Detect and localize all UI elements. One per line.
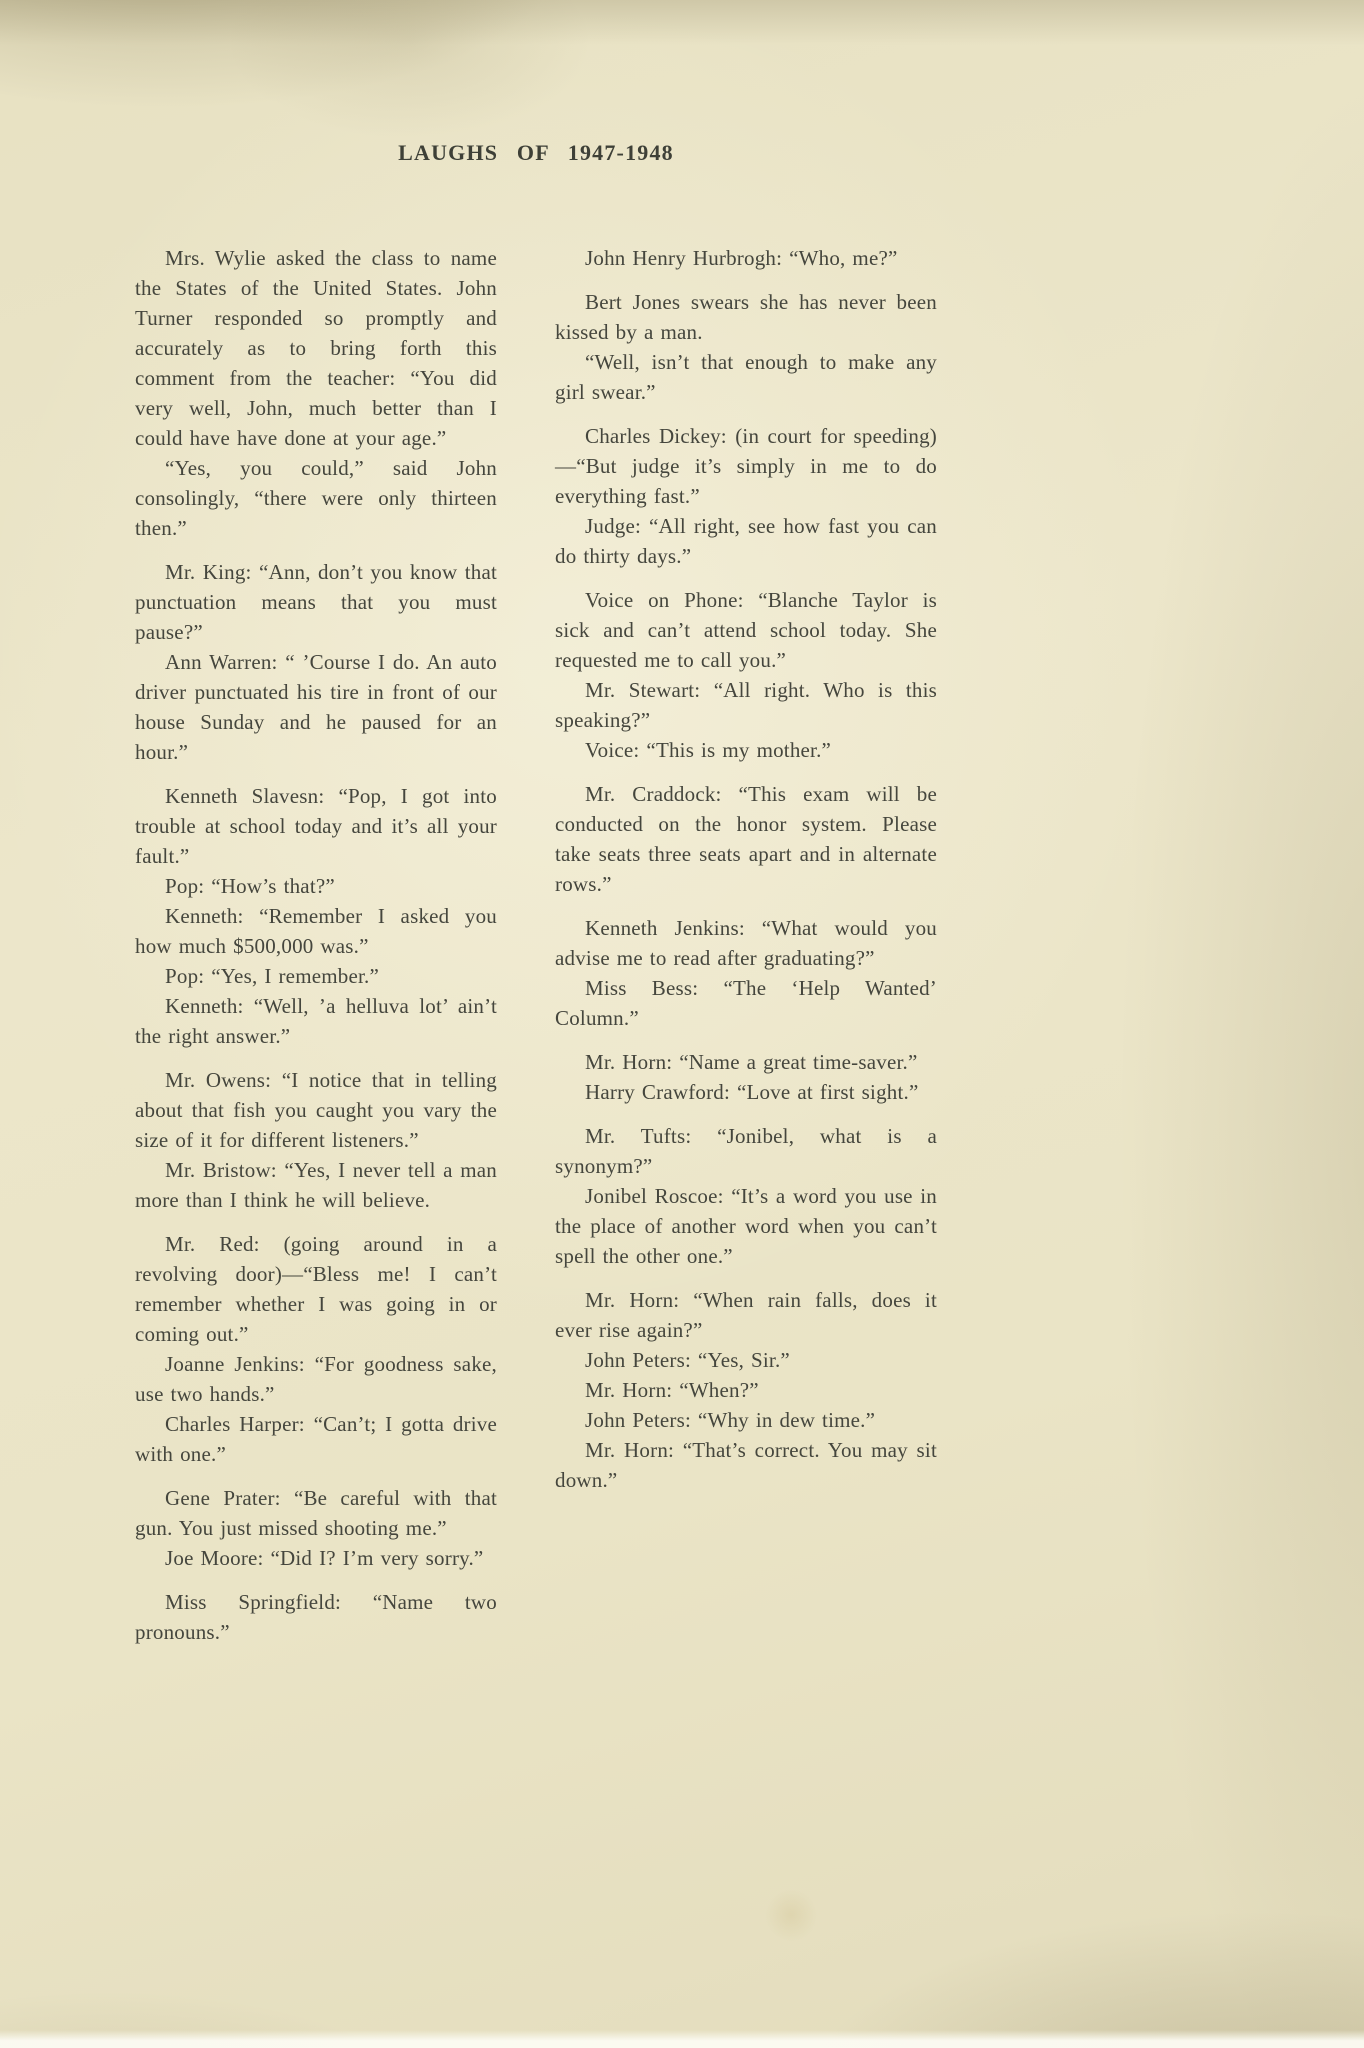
joke-paragraph: Pop: “How’s that?” bbox=[135, 871, 497, 901]
joke-paragraph: Kenneth Slavesn: “Pop, I got into troubl… bbox=[135, 781, 497, 871]
joke-group: Mrs. Wylie asked the class to name the S… bbox=[135, 243, 497, 543]
joke-paragraph: Mr. Stewart: “All right. Who is this spe… bbox=[555, 675, 937, 735]
left-column: Mrs. Wylie asked the class to name the S… bbox=[135, 243, 497, 1661]
joke-paragraph: Miss Springfield: “Name two pronouns.” bbox=[135, 1587, 497, 1647]
joke-group: Mr. Tufts: “Jonibel, what is a synonym?”… bbox=[555, 1121, 937, 1271]
joke-paragraph: Mr. Red: (going around in a revolving do… bbox=[135, 1229, 497, 1349]
joke-group: Charles Dickey: (in court for speeding)—… bbox=[555, 421, 937, 571]
joke-paragraph: Mr. Horn: “When rain falls, does it ever… bbox=[555, 1285, 937, 1345]
joke-paragraph: Pop: “Yes, I remember.” bbox=[135, 961, 497, 991]
joke-group: Voice on Phone: “Blanche Taylor is sick … bbox=[555, 585, 937, 765]
joke-paragraph: Voice: “This is my mother.” bbox=[555, 735, 937, 765]
joke-paragraph: Joanne Jenkins: “For goodness sake, use … bbox=[135, 1349, 497, 1409]
joke-group: Mr. Craddock: “This exam will be conduct… bbox=[555, 779, 937, 899]
joke-group: Mr. Horn: “Name a great time-saver.”Harr… bbox=[555, 1047, 937, 1107]
right-column: John Henry Hurbrogh: “Who, me?”Bert Jone… bbox=[555, 243, 937, 1661]
joke-paragraph: Charles Dickey: (in court for speeding)—… bbox=[555, 421, 937, 511]
joke-group: Miss Springfield: “Name two pronouns.” bbox=[135, 1587, 497, 1647]
joke-paragraph: Kenneth: “Well, ’a helluva lot’ ain’t th… bbox=[135, 991, 497, 1051]
joke-paragraph: Gene Prater: “Be careful with that gun. … bbox=[135, 1483, 497, 1543]
scanned-page: LAUGHS OF 1947-1948 Mrs. Wylie asked the… bbox=[0, 0, 1364, 2048]
joke-paragraph: Jonibel Roscoe: “It’s a word you use in … bbox=[555, 1181, 937, 1271]
joke-paragraph: John Peters: “Yes, Sir.” bbox=[555, 1345, 937, 1375]
joke-group: John Henry Hurbrogh: “Who, me?” bbox=[555, 243, 937, 273]
joke-paragraph: Mr. Tufts: “Jonibel, what is a synonym?” bbox=[555, 1121, 937, 1181]
joke-group: Mr. Red: (going around in a revolving do… bbox=[135, 1229, 497, 1469]
joke-paragraph: John Henry Hurbrogh: “Who, me?” bbox=[555, 243, 937, 273]
joke-paragraph: Miss Bess: “The ‘Help Wanted’ Column.” bbox=[555, 973, 937, 1033]
joke-group: Gene Prater: “Be careful with that gun. … bbox=[135, 1483, 497, 1573]
joke-paragraph: Charles Harper: “Can’t; I gotta drive wi… bbox=[135, 1409, 497, 1469]
joke-paragraph: Mr. Horn: “Name a great time-saver.” bbox=[555, 1047, 937, 1077]
joke-group: Kenneth Slavesn: “Pop, I got into troubl… bbox=[135, 781, 497, 1051]
joke-paragraph: Harry Crawford: “Love at first sight.” bbox=[555, 1077, 937, 1107]
joke-paragraph: “Well, isn’t that enough to make any gir… bbox=[555, 347, 937, 407]
joke-paragraph: Mr. Bristow: “Yes, I never tell a man mo… bbox=[135, 1155, 497, 1215]
joke-paragraph: Kenneth Jenkins: “What would you advise … bbox=[555, 913, 937, 973]
joke-paragraph: Joe Moore: “Did I? I’m very sorry.” bbox=[135, 1543, 497, 1573]
joke-paragraph: John Peters: “Why in dew time.” bbox=[555, 1405, 937, 1435]
text-block: Mrs. Wylie asked the class to name the S… bbox=[135, 243, 937, 1661]
page-title: LAUGHS OF 1947-1948 bbox=[135, 140, 937, 166]
joke-paragraph: Bert Jones swears she has never been kis… bbox=[555, 287, 937, 347]
joke-paragraph: Mr. Horn: “When?” bbox=[555, 1375, 937, 1405]
joke-group: Bert Jones swears she has never been kis… bbox=[555, 287, 937, 407]
joke-group: Mr. King: “Ann, don’t you know that punc… bbox=[135, 557, 497, 767]
joke-paragraph: Kenneth: “Remember I asked you how much … bbox=[135, 901, 497, 961]
joke-paragraph: “Yes, you could,” said John consolingly,… bbox=[135, 453, 497, 543]
joke-paragraph: Mrs. Wylie asked the class to name the S… bbox=[135, 243, 497, 453]
joke-paragraph: Ann Warren: “ ’Course I do. An auto driv… bbox=[135, 647, 497, 767]
joke-group: Mr. Horn: “When rain falls, does it ever… bbox=[555, 1285, 937, 1495]
joke-paragraph: Mr. King: “Ann, don’t you know that punc… bbox=[135, 557, 497, 647]
joke-paragraph: Voice on Phone: “Blanche Taylor is sick … bbox=[555, 585, 937, 675]
joke-paragraph: Mr. Craddock: “This exam will be conduct… bbox=[555, 779, 937, 899]
joke-group: Mr. Owens: “I notice that in telling abo… bbox=[135, 1065, 497, 1215]
joke-paragraph: Mr. Horn: “That’s correct. You may sit d… bbox=[555, 1435, 937, 1495]
joke-paragraph: Mr. Owens: “I notice that in telling abo… bbox=[135, 1065, 497, 1155]
joke-paragraph: Judge: “All right, see how fast you can … bbox=[555, 511, 937, 571]
joke-group: Kenneth Jenkins: “What would you advise … bbox=[555, 913, 937, 1033]
